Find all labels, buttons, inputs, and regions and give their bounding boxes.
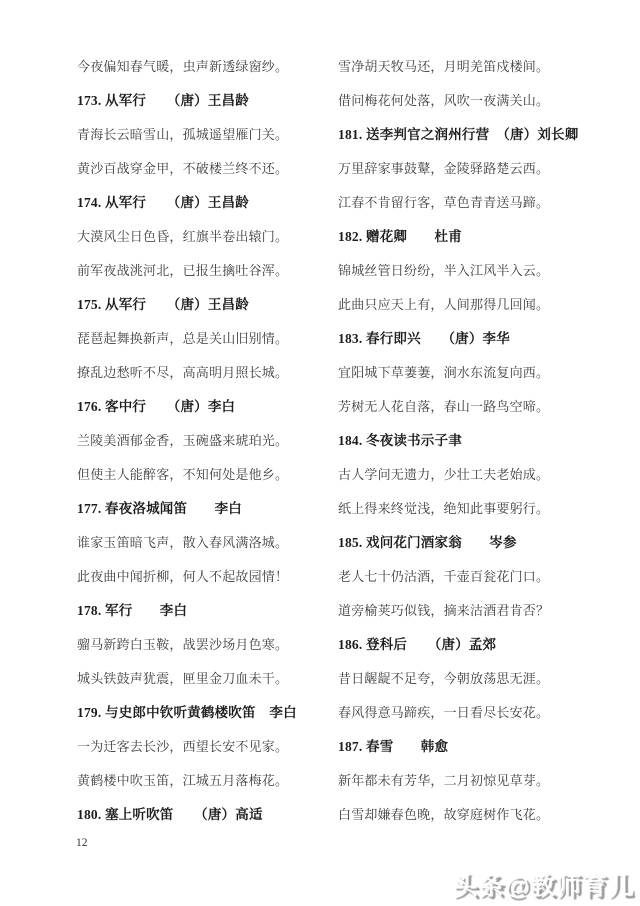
poem-verse-line: 青海长云暗雪山，孤城遥望雁门关。: [77, 124, 339, 158]
poem-title-line: 185. 戏问花门酒家翁 岑参: [338, 532, 616, 566]
page-number: 12: [76, 837, 88, 849]
poem-verse-line: 撩乱边愁听不尽，高高明月照长城。: [77, 362, 339, 396]
poem-verse-line: 黄鹤楼中吹玉笛，江城五月落梅花。: [77, 770, 339, 804]
poem-title-line: 178. 军行 李白: [77, 600, 339, 634]
poem-verse-line: 纸上得来终觉浅，绝知此事要躬行。: [338, 498, 616, 532]
poem-title-line: 181. 送李判官之润州行营 （唐）刘长卿: [338, 124, 616, 158]
poem-title-line: 183. 春行即兴 （唐）李华: [338, 328, 616, 362]
poem-verse-line: 道旁榆荚巧似钱，摘来沽酒君肯否？: [338, 600, 616, 634]
poem-title-line: 179. 与史郎中钦听黄鹤楼吹笛 李白: [77, 702, 339, 736]
poem-verse-line: 宜阳城下草萋萋，涧水东流复向西。: [338, 362, 616, 396]
poem-title-line: 176. 客中行 （唐）李白: [77, 396, 339, 430]
poem-title-line: 186. 登科后 （唐）孟郊: [338, 634, 616, 668]
poem-title-line: 182. 赠花卿 杜甫: [338, 226, 616, 260]
poem-verse-line: 锦城丝管日纷纷，半入江风半入云。: [338, 260, 616, 294]
poem-title-line: 177. 春夜洛城闻笛 李白: [77, 498, 339, 532]
poem-column-right: 雪净胡天牧马还，月明羌笛戍楼间。借问梅花何处落，风吹一夜满关山。181. 送李判…: [338, 56, 616, 838]
poem-verse-line: 新年都未有芳华，二月初惊见草芽。: [338, 770, 616, 804]
poem-verse-line: 谁家玉笛暗飞声，散入春风满洛城。: [77, 532, 339, 566]
poem-verse-line: 骝马新跨白玉鞍，战罢沙场月色寒。: [77, 634, 339, 668]
poem-verse-line: 江春不肯留行客，草色青青送马蹄。: [338, 192, 616, 226]
poem-verse-line: 此曲只应天上有，人间那得几回闻。: [338, 294, 616, 328]
poem-verse-line: 昔日龌龊不足夸，今朝放荡思无涯。: [338, 668, 616, 702]
poem-title-line: 174. 从军行 （唐）王昌龄: [77, 192, 339, 226]
document-page: { "theme": { "page-bg": "#ffffff", "text…: [0, 0, 640, 906]
watermark-toutiao: 头条@教师育儿: [453, 866, 634, 902]
poem-verse-line: 一为迁客去长沙，西望长安不见家。: [77, 736, 339, 770]
poem-verse-line: 琵琶起舞换新声，总是关山旧别情。: [77, 328, 339, 362]
poem-title-line: 175. 从军行 （唐）王昌龄: [77, 294, 339, 328]
poem-verse-line: 白雪却嫌春色晚，故穿庭树作飞花。: [338, 804, 616, 838]
poem-verse-line: 春风得意马蹄疾，一日看尽长安花。: [338, 702, 616, 736]
poem-verse-line: 老人七十仍沽酒，千壶百瓮花门口。: [338, 566, 616, 600]
poem-verse-line: 城头铁鼓声犹震，匣里金刀血未干。: [77, 668, 339, 702]
poem-verse-line: 雪净胡天牧马还，月明羌笛戍楼间。: [338, 56, 616, 90]
poem-title-line: 173. 从军行 （唐）王昌龄: [77, 90, 339, 124]
poem-verse-line: 借问梅花何处落，风吹一夜满关山。: [338, 90, 616, 124]
poem-title-line: 184. 冬夜读书示子聿: [338, 430, 616, 464]
poem-verse-line: 兰陵美酒郁金香，玉碗盛来琥珀光。: [77, 430, 339, 464]
poem-verse-line: 此夜曲中闻折柳，何人不起故园情！: [77, 566, 339, 600]
poem-title-line: 187. 春雪 韩愈: [338, 736, 616, 770]
poem-verse-line: 但使主人能醉客，不知何处是他乡。: [77, 464, 339, 498]
poem-verse-line: 前军夜战洮河北，已报生擒吐谷浑。: [77, 260, 339, 294]
poem-verse-line: 万里辞家事鼓鼙，金陵驿路楚云西。: [338, 158, 616, 192]
poem-verse-line: 芳树无人花自落，春山一路鸟空啼。: [338, 396, 616, 430]
poem-verse-line: 古人学问无遗力，少壮工夫老始成。: [338, 464, 616, 498]
poem-verse-line: 今夜偏知春气暖，虫声新透绿窗纱。: [77, 56, 339, 90]
poem-verse-line: 黄沙百战穿金甲，不破楼兰终不还。: [77, 158, 339, 192]
poem-column-left: 今夜偏知春气暖，虫声新透绿窗纱。173. 从军行 （唐）王昌龄青海长云暗雪山，孤…: [77, 56, 339, 838]
poem-verse-line: 大漠风尘日色昏，红旗半卷出辕门。: [77, 226, 339, 260]
poem-title-line: 180. 塞上听吹笛 （唐）高适: [77, 804, 339, 838]
